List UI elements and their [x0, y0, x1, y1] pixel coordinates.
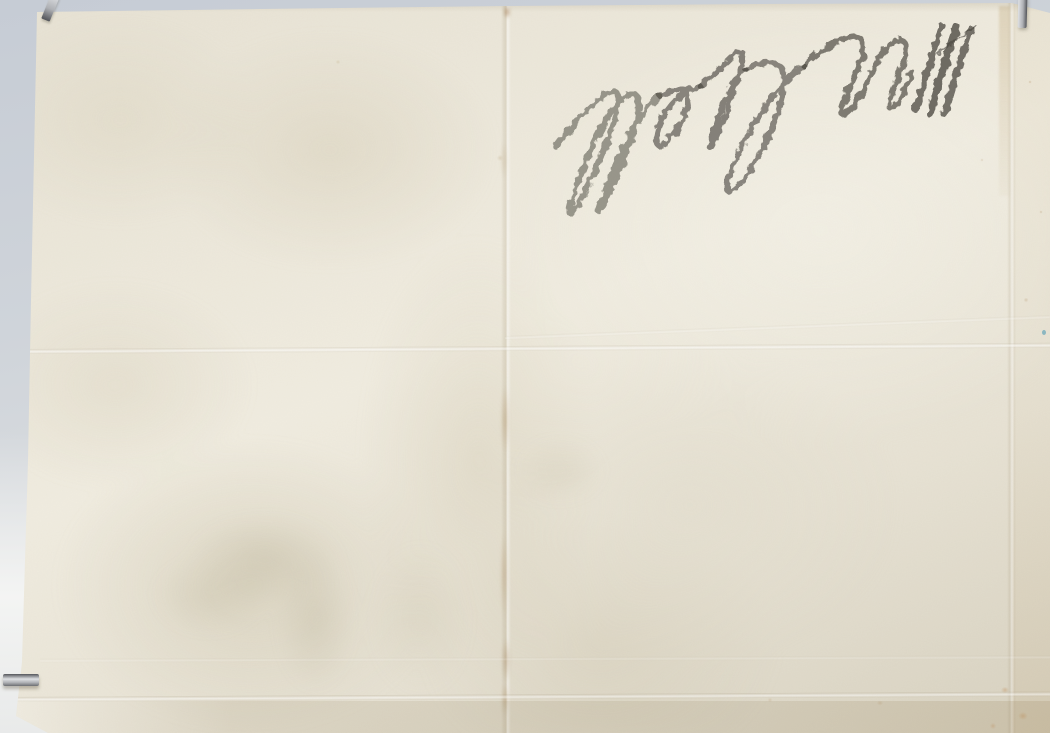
pushpin-top-right [1018, 0, 1028, 28]
paper-sheet [0, 0, 1050, 733]
photo-of-pinned-paper [0, 0, 1050, 733]
pushpin-bottom-left [3, 674, 39, 686]
paper-grain-texture [0, 0, 1050, 733]
